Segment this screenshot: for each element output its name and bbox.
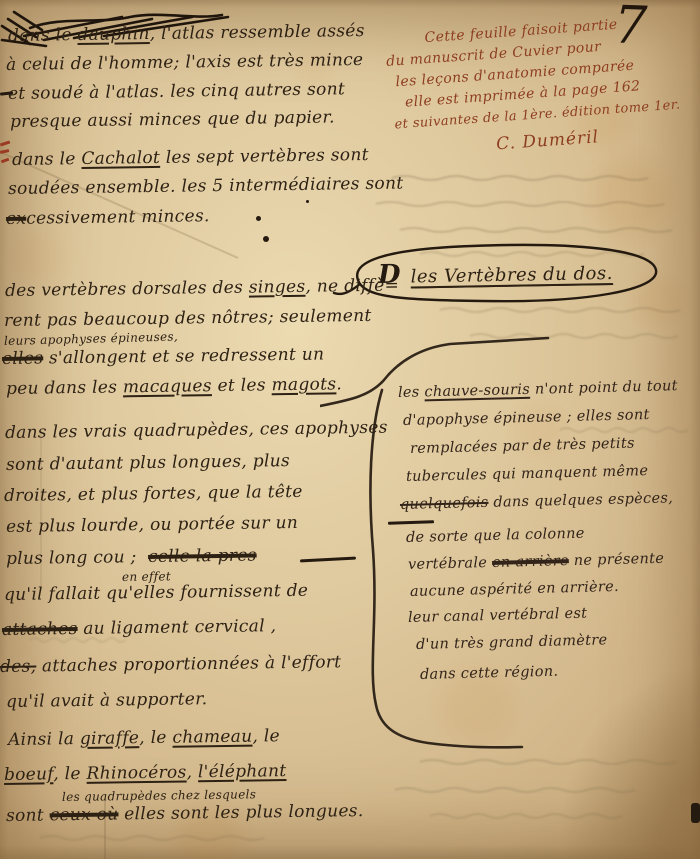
p6-line1: Ainsi la giraffe, le chameau, le (8, 726, 280, 750)
margin-note-line1: les chauve-souris n'ont point du tout (398, 378, 678, 401)
struck-word: ex (6, 209, 27, 229)
margin-note-line7: vertébrale en arrière ne présente (408, 551, 665, 573)
struck-words: en arrière (492, 553, 569, 571)
margin-note-line8: aucune aspérité en arrière. (410, 579, 619, 600)
p1-line2: à celui de l'homme; l'axis est très minc… (6, 50, 364, 75)
p3-line4: peu dans les macaques et les magots. (6, 374, 342, 399)
underlined-term-elephant: l'éléphant (198, 761, 287, 782)
manuscript-page: 7 Cette feuille faisoit partie du manusc… (0, 0, 700, 859)
underlined-term-dauphin: dauphin (77, 24, 150, 45)
margin-note-line2: d'apophyse épineuse ; elles sont (403, 407, 650, 429)
ink-strike-fragment (388, 520, 434, 524)
underlined-term-macaques: macaques (123, 376, 212, 397)
p5-line2: attaches au ligament cervical , (2, 616, 277, 640)
p4-line4: est plus lourde, ou portée sur un (6, 513, 298, 537)
ink-dot (263, 236, 269, 242)
p1-line3: et soudé à l'atlas. les cinq autres sont (8, 79, 345, 104)
struck-word-attaches: attaches (2, 619, 78, 640)
margin-note-line3: remplacées par de très petits (410, 436, 635, 457)
p6-line2: boeuf, le Rhinocéros, l'éléphant (4, 761, 287, 785)
underlined-term-giraffe: giraffe (80, 728, 140, 749)
p6-insertion: les quadrupèdes chez lesquels (62, 787, 256, 804)
p5-line3: des, attaches proportionnées à l'effort (0, 652, 342, 677)
p2-line2: soudées ensemble. les 5 intermédiaires s… (8, 173, 404, 199)
underlined-term-singes: singes (249, 277, 306, 298)
p1-line1: dans le dauphin, l'atlas ressemble assés (8, 21, 365, 46)
margin-note-line5: quelquefois dans quelques espèces, (400, 490, 673, 513)
p1-line4: presque aussi minces que du papier. (10, 107, 335, 132)
underlined-term-cachalot: Cachalot (81, 148, 160, 169)
archival-note: Cette feuille faisoit partie du manuscri… (398, 10, 687, 161)
underlined-term-chameau: chameau (172, 727, 252, 748)
heading-title: les Vertèbres du dos. (410, 263, 613, 289)
margin-note-line6: de sorte que la colonne (406, 526, 585, 546)
p5-line1: qu'il fallait qu'elles fournissent de (4, 581, 308, 605)
margin-note-line10: d'un très grand diamètre (416, 632, 608, 653)
p4-line3: droites, et plus fortes, que la tête (4, 482, 303, 506)
p3-line3: elles s'allongent et se redressent un (2, 345, 325, 369)
struck-words: ceux où (50, 804, 119, 825)
p2-line1: dans le Cachalot les sept vertèbres sont (12, 145, 369, 170)
ink-dot (306, 200, 309, 203)
red-margin-mark (1, 158, 9, 163)
margin-note-line9: leur canal vertébral est (408, 606, 588, 626)
margin-note-line11: dans cette région. (420, 664, 559, 683)
red-margin-mark (0, 141, 10, 146)
p5-line4: qu'il avait à supporter. (6, 689, 208, 712)
ink-dot (256, 216, 261, 221)
struck-word: elles (2, 348, 44, 369)
margin-note-line4: tubercules qui manquent même (406, 463, 649, 485)
underlined-term-boeuf: boeuf (4, 764, 54, 785)
underlined-term-chauve-souris: chauve-souris (424, 382, 530, 401)
p3-insertion: leurs apophyses épineuses, (4, 329, 178, 348)
struck-word: quelquefois (400, 495, 489, 513)
p4-line5: plus long cou ; celle la pres (6, 546, 257, 569)
underlined-term-magots: magots (271, 374, 336, 395)
ink-strike-extension (300, 557, 356, 563)
p3-line2: rent pas beaucoup des nôtres; seulement (4, 306, 372, 331)
struck-word: des, (0, 656, 36, 677)
edge-ink-blot (691, 803, 700, 823)
p4-line1: dans les vrais quadrupèdes, ces apophyse… (5, 418, 388, 443)
struck-words: celle la pres (148, 546, 257, 568)
p4-line2: sont d'autant plus longues, plus (6, 451, 290, 475)
red-margin-mark (0, 149, 9, 153)
p6-line3: sont ceux où elles sont les plus longues… (6, 801, 364, 826)
p2-line3: excessivement minces. (6, 206, 210, 229)
underlined-term-rhinoceros: Rhinocéros (86, 762, 186, 783)
